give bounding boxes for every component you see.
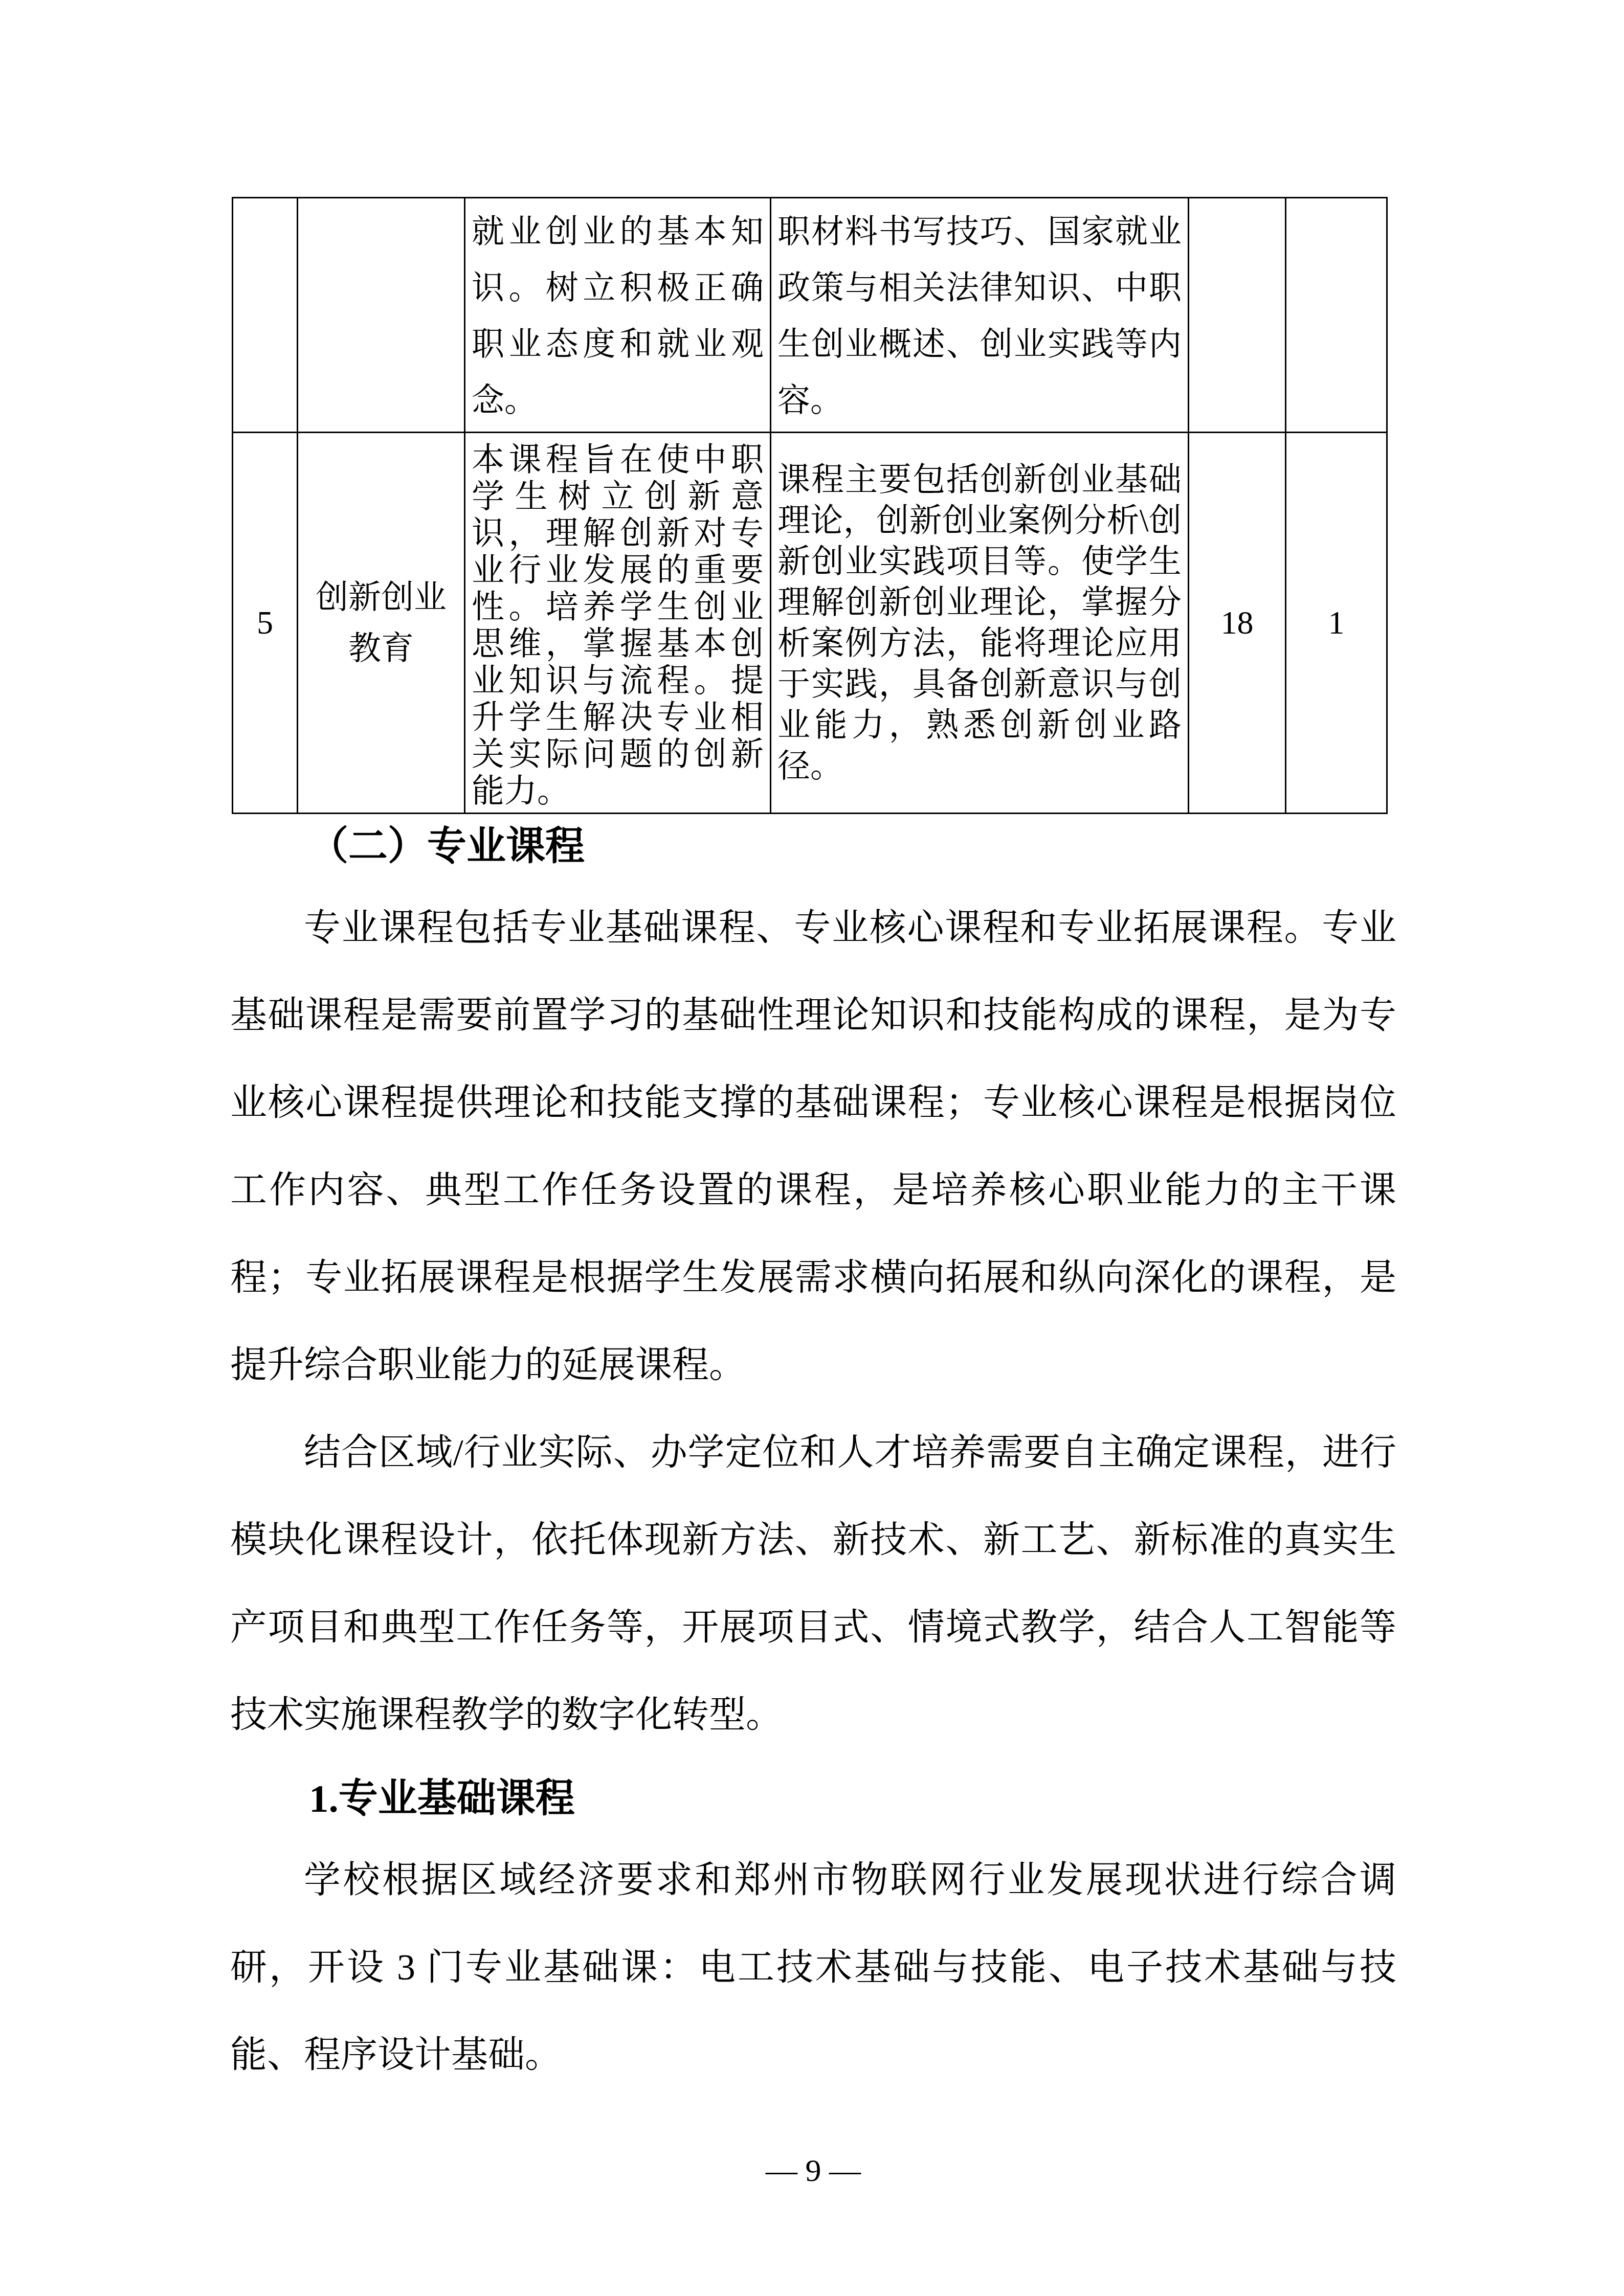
cell-course-credits: 1 bbox=[1286, 433, 1387, 814]
cell-course-hours: 18 bbox=[1189, 433, 1286, 814]
cell-course-credits bbox=[1286, 198, 1387, 433]
cell-course-hours bbox=[1189, 198, 1286, 433]
cell-course-name: 创新创业教育 bbox=[298, 433, 465, 814]
cell-course-content: 职材料书写技巧、国家就业政策与相关法律知识、中职生创业概述、创业实践等内容。 bbox=[771, 198, 1189, 433]
cell-course-name bbox=[298, 198, 465, 433]
table-row: 5 创新创业教育 本课程旨在使中职学生树立创新意识，理解创新对专业行业发展的重要… bbox=[233, 433, 1387, 814]
cell-course-objective: 就业创业的基本知识。树立积极正确职业态度和就业观念。 bbox=[465, 198, 771, 433]
body-content: （二）专业课程 专业课程包括专业基础课程、专业核心课程和专业拓展课程。专业基础课… bbox=[230, 800, 1396, 2099]
paragraph-basic-courses: 学校根据区域经济要求和郑州市物联网行业发展现状进行综合调研，开设 3 门专业基础… bbox=[230, 1836, 1396, 2099]
cell-course-number: 5 bbox=[233, 433, 298, 814]
page-number: — 9 — bbox=[766, 2153, 861, 2188]
page-footer: — 9 — bbox=[230, 2150, 1396, 2191]
cell-course-content: 课程主要包括创新创业基础理论，创新创业案例分析\创新创业实践项目等。使学生理解创… bbox=[771, 433, 1189, 814]
paragraph-course-categories: 专业课程包括专业基础课程、专业核心课程和专业拓展课程。专业基础课程是需要前置学习… bbox=[230, 884, 1396, 1409]
table-row-continuation: 就业创业的基本知识。树立积极正确职业态度和就业观念。 职材料书写技巧、国家就业政… bbox=[233, 198, 1387, 433]
paragraph-course-design: 结合区域/行业实际、办学定位和人才培养需要自主确定课程，进行模块化课程设计，依托… bbox=[230, 1409, 1396, 1759]
course-table: 就业创业的基本知识。树立积极正确职业态度和就业观念。 职材料书写技巧、国家就业政… bbox=[232, 197, 1388, 814]
subsection-heading-basic-courses: 1.专业基础课程 bbox=[230, 1768, 1396, 1829]
cell-course-number bbox=[233, 198, 298, 433]
section-heading-professional-courses: （二）专业课程 bbox=[230, 816, 1396, 877]
document-page: 就业创业的基本知识。树立积极正确职业态度和就业观念。 职材料书写技巧、国家就业政… bbox=[0, 0, 1624, 2296]
cell-course-objective: 本课程旨在使中职学生树立创新意识，理解创新对专业行业发展的重要性。培养学生创业思… bbox=[465, 433, 771, 814]
